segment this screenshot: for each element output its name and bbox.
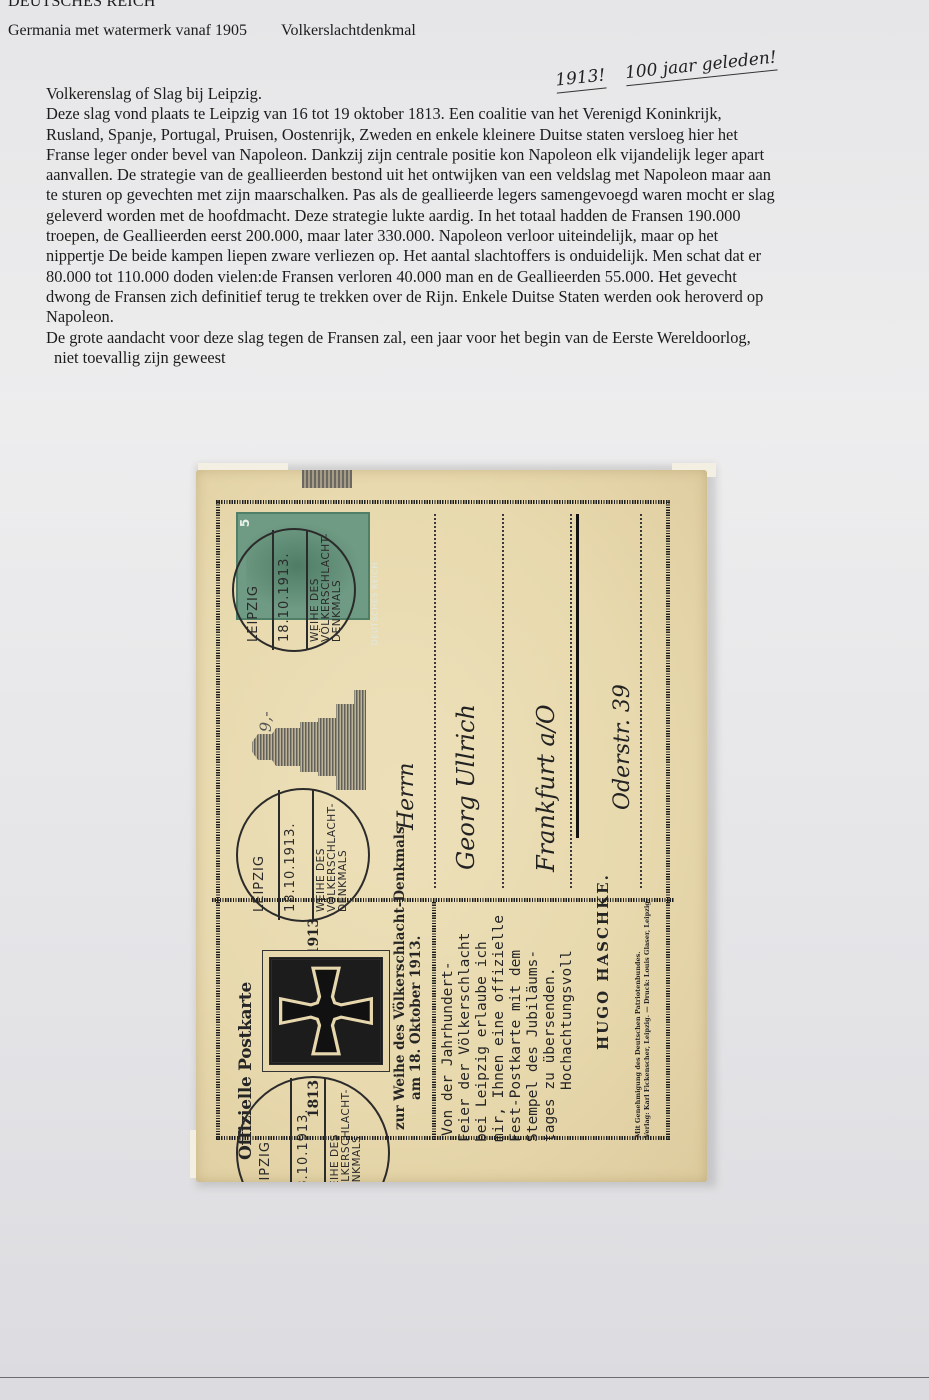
iron-cross-background	[269, 957, 383, 1065]
postmark-middle: LEIPZIG 18.10.1913. WEIHE DES VÖLKERSCHL…	[236, 788, 370, 922]
article-line: aanvallen. De strategie van de geallieer…	[46, 165, 906, 185]
article-line: De grote aandacht voor deze slag tegen d…	[46, 328, 906, 348]
address-line-3	[570, 514, 572, 888]
iron-cross-icon	[272, 960, 380, 1062]
address-line-2	[502, 514, 504, 888]
message-line: Stempel des Jubiläums-	[525, 915, 542, 1142]
article-heading: Volkerenslag of Slag bij Leipzig.	[46, 84, 906, 104]
postmark-bar	[290, 1078, 292, 1182]
message-signature: HUGO HASCHKE.	[594, 873, 612, 1050]
postcard-message: Von der Jahrhundert- Feier der Völkersch…	[440, 915, 576, 1142]
address-city: Frankfurt a/O	[532, 704, 560, 872]
article-line: Deze slag vond plaats te Leipzig van 16 …	[46, 104, 906, 124]
postmark-bar	[272, 530, 274, 650]
article-line: Rusland, Spanje, Portugal, Pruisen, Oost…	[46, 125, 906, 145]
event-line-2: am 18. Oktober 1913.	[408, 936, 424, 1100]
article-line: dwong de Fransen zich definitief terug t…	[46, 287, 906, 307]
postmark-line: DENKMALS	[352, 1089, 363, 1182]
postmark-date: 18.10.1913.	[283, 822, 298, 912]
message-closing: Hochachtungsvoll	[559, 915, 576, 1142]
postmark-top: LEIPZIG 18.10.1913. WEIHE DES VÖLKERSCHL…	[232, 528, 356, 652]
stamp-value: 5	[238, 519, 252, 527]
article-line: geleverd worden met de hoofdmacht. Deze …	[46, 206, 906, 226]
imprint-line: Verlag: Karl Fickenscher, Leipzig. — Dru…	[643, 899, 652, 1138]
address-street: Oderstr. 39	[610, 684, 635, 810]
address-underline	[576, 514, 579, 838]
postcard: 5 DEUTSCHES REICH LEIPZIG 18.10.1913. WE…	[196, 470, 707, 1182]
postmark-date: 18.10.1913.	[277, 552, 292, 642]
stamp-legend: DEUTSCHES REICH	[370, 562, 379, 645]
page-title: DEUTSCHES REICH	[8, 0, 155, 11]
imprint-line: Mit Genehmigung des Deutschen Patriotenb…	[634, 899, 643, 1138]
article: Volkerenslag of Slag bij Leipzig. Deze s…	[46, 84, 906, 368]
postmark-bar	[312, 790, 314, 920]
message-line: bei Leipzig erlaube ich	[474, 915, 491, 1142]
article-line: troepen, de Geallieerden eerst 200.000, …	[46, 226, 906, 246]
postmark-city: LEIPZIG	[252, 855, 267, 912]
postmark-city: LEIPZIG	[258, 1141, 273, 1182]
article-line: niet toevallig zijn geweest	[46, 348, 906, 368]
article-line: 80.000 tot 110.000 doden vielen:de Frans…	[46, 267, 906, 287]
note-remark: 100 jaar geleden!	[624, 47, 778, 86]
postmark-date: 18.10.1913.	[296, 1108, 311, 1182]
article-line: te sturen op gevechten met zijn maarscha…	[46, 185, 906, 205]
page-subtitle: Germania met watermerk vanaf 1905Volkers…	[8, 22, 416, 40]
article-line: Franse leger onder bevel van Napoleon. D…	[46, 145, 906, 165]
message-line: tages zu übersenden.	[542, 915, 559, 1142]
article-line: nippertje De beide kampen liepen zware v…	[46, 246, 906, 266]
album-page-rule	[0, 1377, 929, 1378]
postmark-bar	[278, 790, 280, 920]
postmark-text: WEIHE DES VÖLKERSCHLACHT- DENKMALS	[310, 533, 343, 642]
postmark-city: LEIPZIG	[246, 585, 261, 642]
postmark-text: WEIHE DES VÖLKERSCHLACHT- DENKMALS	[330, 1089, 363, 1182]
monument-illustration-top	[302, 470, 352, 488]
postmark-text: WEIHE DES VÖLKERSCHLACHT- DENKMALS	[316, 803, 349, 912]
event-line-1: zur Weihe des Völkerschlacht-Denkmals	[392, 826, 408, 1130]
postcard-divider-vertical	[432, 902, 436, 1140]
article-body: Deze slag vond plaats te Leipzig van 16 …	[46, 104, 906, 368]
address-line-1	[434, 514, 436, 888]
postmark-bar	[324, 1078, 326, 1182]
publisher-imprint: Mit Genehmigung des Deutschen Patriotenb…	[634, 899, 652, 1138]
subtitle-topic: Volkerslachtdenkmal	[281, 22, 416, 39]
message-line: Fest-Postkarte mit dem	[508, 915, 525, 1142]
subtitle-series: Germania met watermerk vanaf 1905	[8, 22, 247, 39]
article-line: Napoleon.	[46, 307, 906, 327]
address-salutation: Herrn	[394, 763, 419, 830]
address-line-4	[640, 514, 642, 888]
postmark-line: DENKMALS	[338, 803, 349, 912]
message-line: Von der Jahrhundert-	[440, 915, 457, 1142]
monument-icon	[236, 690, 366, 790]
postmark-bar	[306, 530, 308, 650]
address-name: Georg Ullrich	[452, 704, 480, 870]
iron-cross-emblem	[262, 950, 390, 1072]
message-line: Feier der Völkerschlacht	[457, 915, 474, 1142]
message-line: mir, Ihnen eine offizielle	[491, 915, 508, 1142]
postmark-line: DENKMALS	[332, 533, 343, 642]
